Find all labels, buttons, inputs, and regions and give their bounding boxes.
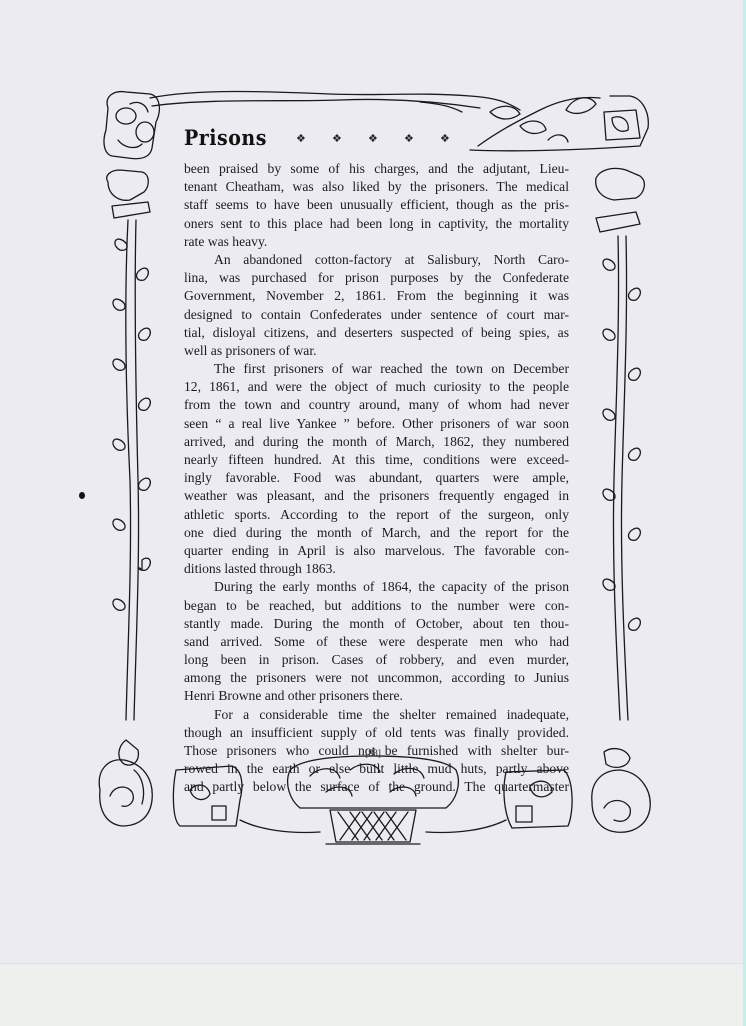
text-line: An abandoned cotton-factory at Salisbury… [184,251,569,269]
text-line: well as prisoners of war. [184,342,569,360]
text-line: ditions lasted through 1863. [184,560,569,578]
text-line: arrived, and during the month of March, … [184,433,569,451]
text-line: tial, disloyal citizens, and deserters s… [184,324,569,342]
text-line: from the town and country around, many o… [184,396,569,414]
text-line: weather was pleasant, and the prisoners … [184,487,569,505]
diamond-ornament-icon: ❖ [427,132,463,145]
text-line: among the prisoners were not uncommon, a… [184,669,569,687]
top-ribbon-ornament [150,92,520,113]
diamond-ornament-icon: ❖ [319,132,355,145]
text-line: Henri Browne and other prisoners there. [184,687,569,705]
page-header: Prisons ❖ ❖ ❖ ❖ ❖ [184,124,463,152]
text-line: rate was heavy. [184,233,569,251]
text-line: sand arrived. Some of these were despera… [184,633,569,651]
diamond-ornament-icon: ❖ [391,132,427,145]
text-line: For a considerable time the shelter rema… [184,706,569,724]
text-line: long been in prison. Cases of robbery, a… [184,651,569,669]
text-line: began to be reached, but additions to th… [184,597,569,615]
text-line: rowed in the earth or else built little … [184,760,569,778]
text-line: seen “ a real live Yankee ” before. Othe… [184,415,569,433]
text-line: though an insufficient supply of old ten… [184,724,569,742]
left-vine-column [99,170,152,826]
text-line: oners sent to this place had been long i… [184,215,569,233]
text-line: tenant Cheatham, was also liked by the p… [184,178,569,196]
diamond-ornament-icon: ❖ [355,132,391,145]
text-line: stantly made. During the month of Octobe… [184,615,569,633]
text-line: nearly fifteen hundred. At this time, co… [184,451,569,469]
text-line: 12, 1861, and were the object of much cu… [184,378,569,396]
text-line: designed to contain Confederates under s… [184,306,569,324]
text-line: lina, was purchased for prison purposes … [184,269,569,287]
top-left-scroll-ornament [104,92,159,159]
page-number: [88] [0,749,746,759]
text-line: Government, November 2, 1861. From the b… [184,287,569,305]
text-line: athletic sports. According to the report… [184,506,569,524]
text-line: ingly favorable. Food was abundant, quar… [184,469,569,487]
body-text: been praised by some of his charges, and… [184,160,569,797]
header-ornament-row: ❖ ❖ ❖ ❖ ❖ [283,132,463,145]
text-line: staff seems to have been unusually effic… [184,196,569,214]
text-line: been praised by some of his charges, and… [184,160,569,178]
text-line: one died during the month of March, and … [184,524,569,542]
diamond-ornament-icon: ❖ [283,132,319,145]
text-line: The first prisoners of war reached the t… [184,360,569,378]
text-line: During the early months of 1864, the cap… [184,578,569,596]
text-line: and partly below the surface of the grou… [184,778,569,796]
right-vine-column [592,168,650,832]
text-line: quarter ending in April is also marvelou… [184,542,569,560]
chapter-title: Prisons [184,125,267,150]
top-right-floral-ornament [470,96,648,151]
